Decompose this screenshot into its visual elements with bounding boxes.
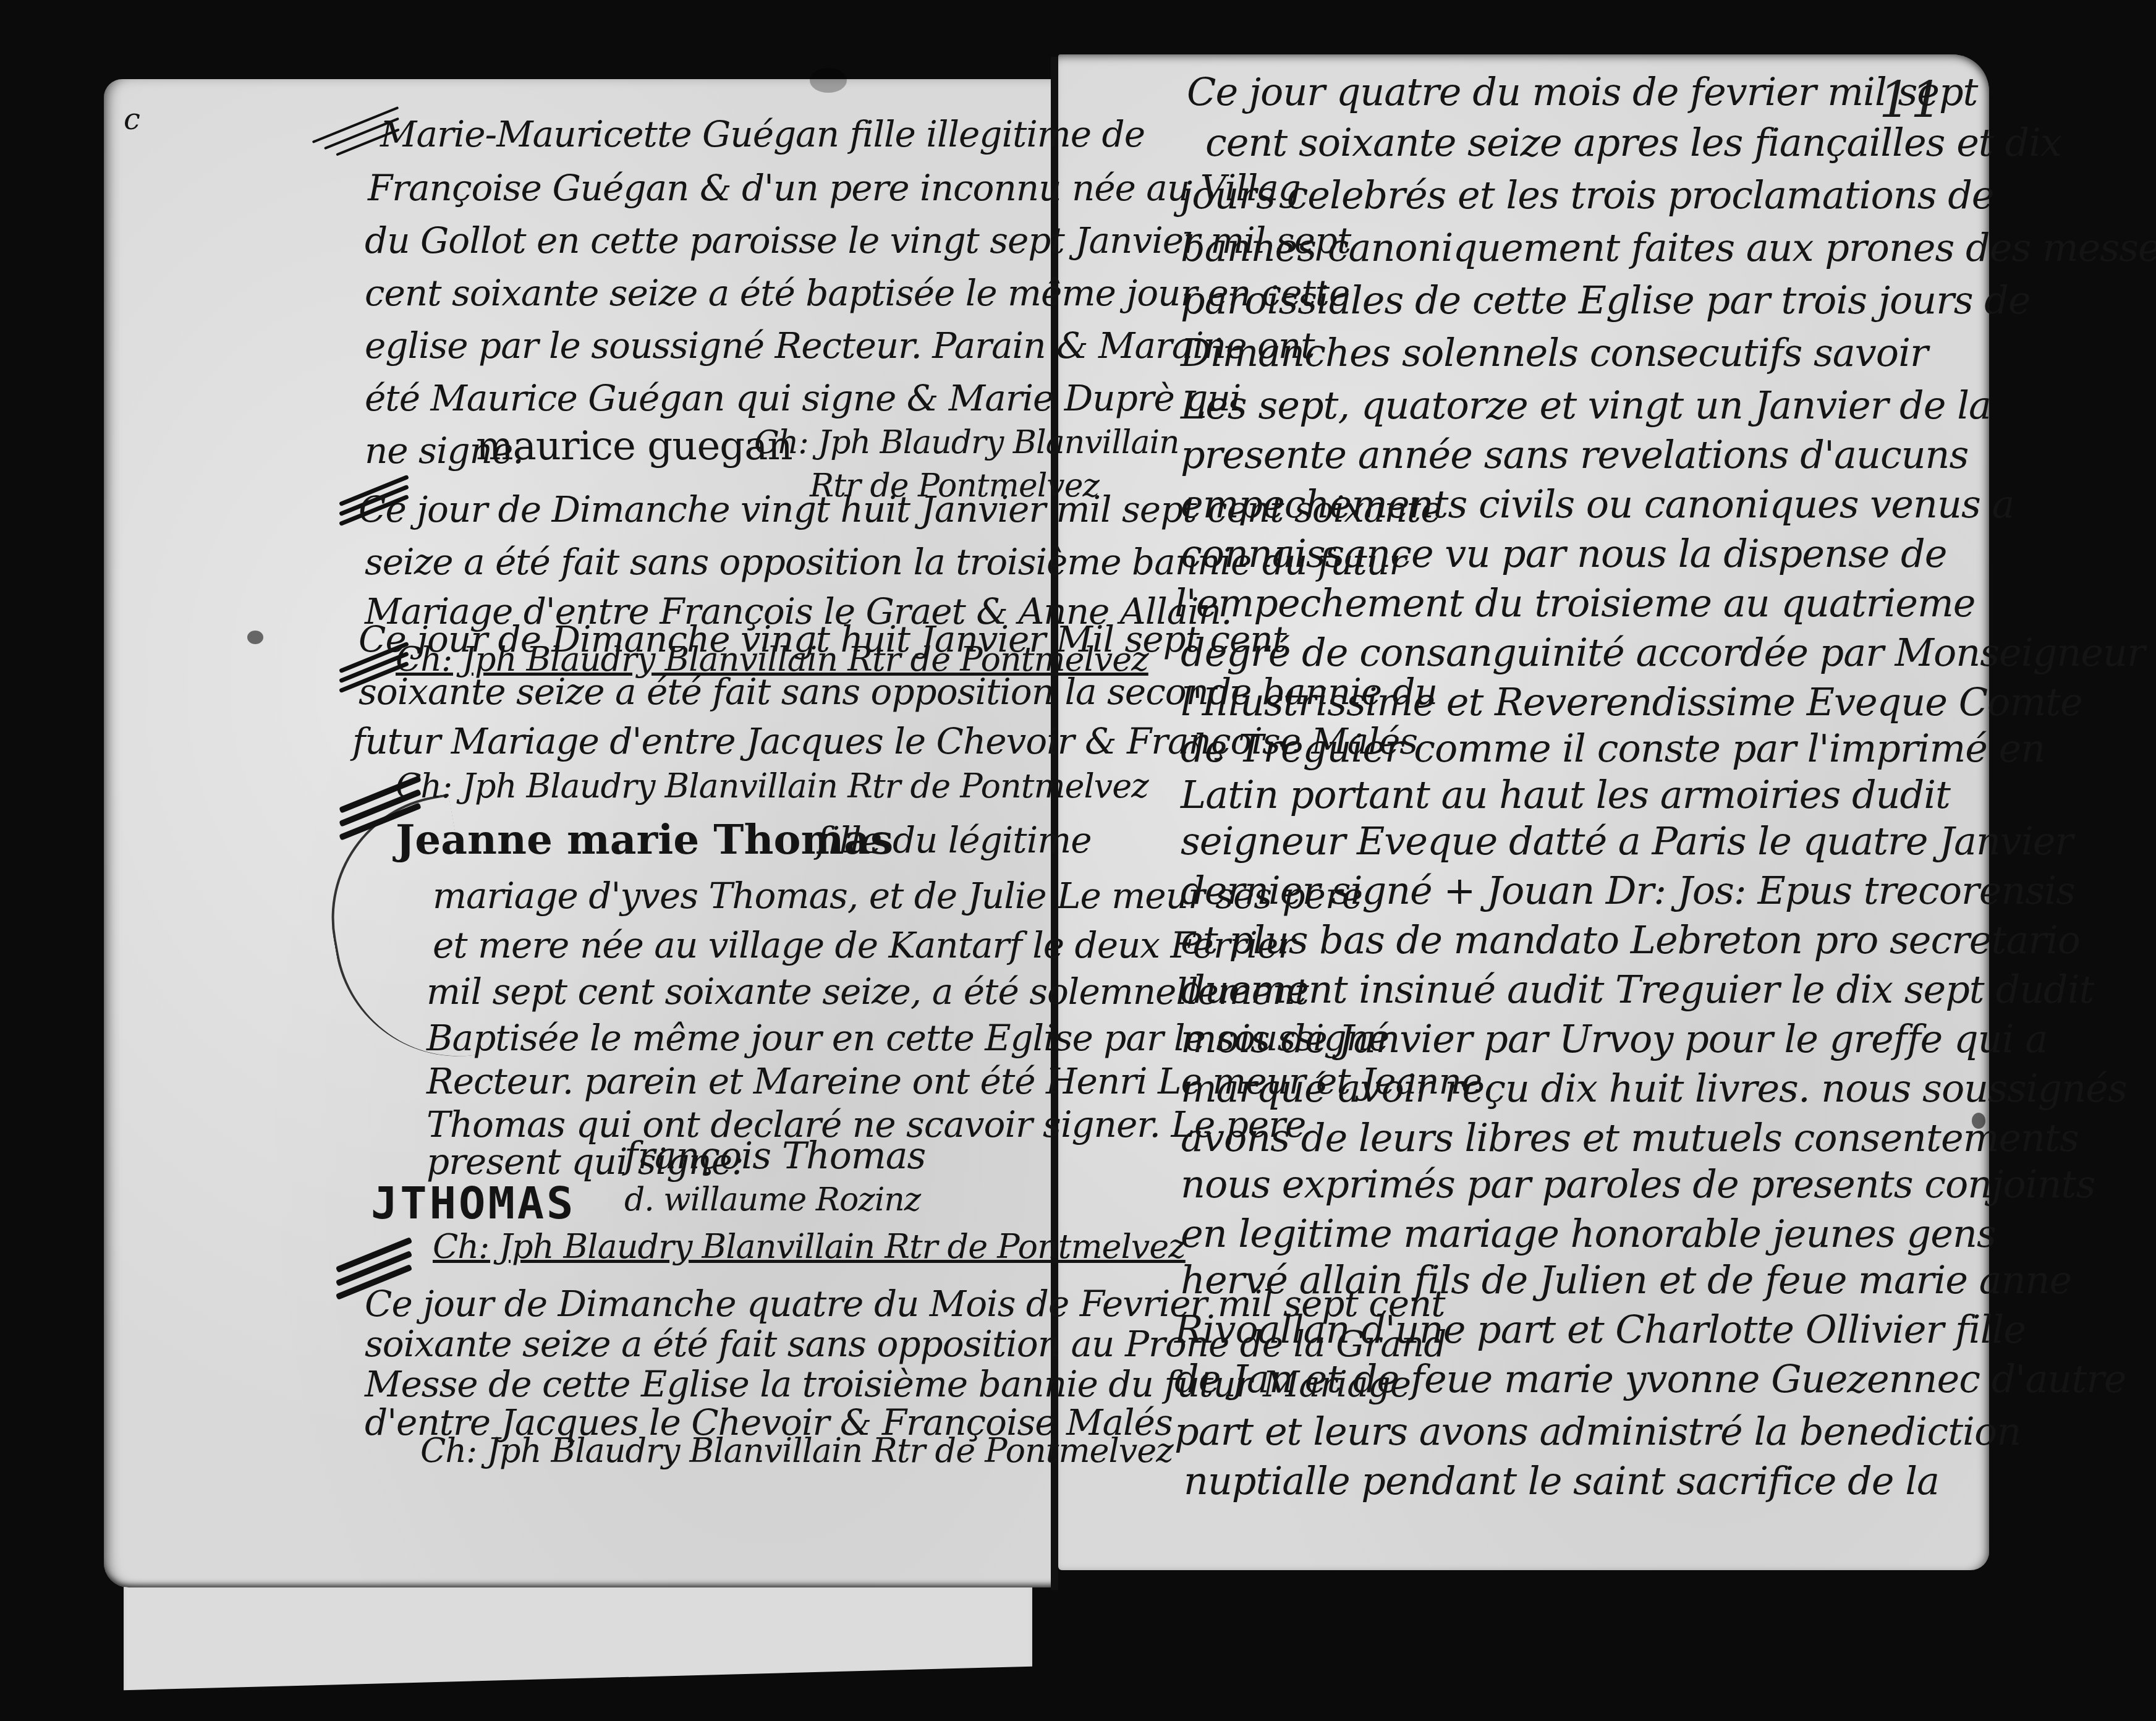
entry-line: presente année sans revelations d'aucuns [1181,436,1968,474]
entry-line: Françoise Guégan & d'un pere inconnu née… [368,170,1301,206]
signature-jthomas: JTHOMAS [371,1181,575,1225]
entry-line: Latin portant au haut les armoiries dudi… [1181,776,1950,814]
entry-line: hervé allain fils de Julien et de feue m… [1181,1261,2071,1299]
entry-line: jours celebrés et les trois proclamation… [1181,176,1994,215]
entry-line: bannes canoniquement faites aux prones d… [1181,229,2156,267]
entry-line: et plus bas de mandato Lebreton pro secr… [1181,921,2080,959]
ink-stain [810,68,847,93]
entry-line: mil sept cent soixante seize, a été sole… [427,974,1309,1009]
entry-line: l'empechement du troisieme au quatrieme [1174,584,1975,623]
signature-rector: Ch: Jph Blaudry Blanvillain Rtr de Pontm… [433,1230,1186,1264]
signature-rector: Ch: Jph Blaudry Blanvillain [754,427,1179,459]
entry-line: avons de leurs libres et mutuels consent… [1181,1119,2079,1157]
entry-line: connaissance vu par nous la dispense de [1181,535,1946,573]
signature-witness: d. willaume Rozinz [624,1184,920,1216]
entry-line: de Jan et de feue marie yvonne Guezennec… [1174,1360,2126,1398]
entry-line: degré de consanguinité accordée par Mons… [1181,634,2145,672]
signature-rector: Ch: Jph Blaudry Blanvillain Rtr de Pontm… [396,770,1148,803]
signature-father: françois Thomas [624,1137,925,1175]
ink-stain [247,631,263,644]
entry-line: marqué avoir reçu dix huit livres. nous … [1181,1069,2127,1108]
entry-line: Ce jour de Dimanche vingt huit Janvier M… [359,621,1286,657]
entry-line: cent soixante seize apres les fiançaille… [1205,124,2061,162]
entry-line: dernier signé + Jouan Dr: Jos: Epus trec… [1181,872,2075,910]
entry-line: nous exprimés par paroles de presents co… [1181,1165,2095,1204]
entry-heading-suffix: fille du légitime [816,822,1092,858]
entry-line: et mere née au village de Kantarf le deu… [433,927,1294,963]
entry-line: paroissiales de cette Eglise par trois j… [1181,281,2031,320]
entry-line: été Maurice Guégan qui signe & Marie Dup… [365,380,1241,416]
entry-line: de Treguier comme il conste par l'imprim… [1181,729,2045,768]
signature-parrain: maurice guegan [476,427,792,466]
entry-line: nuptialle pendant le saint sacrifice de … [1184,1462,1939,1500]
signature-rector: Ch: Jph Blaudry Blanvillain Rtr de Pontm… [420,1434,1173,1468]
entry-line: eglise par le soussigné Recteur. Parain … [365,328,1315,363]
entry-line: en legitime mariage honorable jeunes gen… [1181,1215,1996,1253]
entry-line: Ce jour quatre du mois de fevrier mil se… [1187,73,1978,111]
entry-line: Marie-Mauricette Guégan fille illegitime… [380,116,1145,152]
entry-line: Rivoallan d'une part et Charlotte Ollivi… [1174,1311,2026,1349]
entry-line: duement insinué audit Treguier le dix se… [1181,971,2094,1009]
entry-line: seigneur Eveque datté a Paris le quatre … [1181,822,2073,860]
entry-line: empechements civils ou canoniques venus … [1181,485,2014,524]
entry-line: Dimanches solennels consecutifs savoir [1181,334,1928,372]
entry-line: Les sept, quatorze et vingt un Janvier d… [1181,386,1991,425]
entry-line: l'Illustrissime et Reverendissime Eveque… [1181,683,2082,721]
entry-line: part et leurs avons administré la benedi… [1174,1413,2021,1451]
entry-line: mois de Janvier par Urvoy pour le greffe… [1181,1020,2047,1058]
corner-mark: c [124,102,140,137]
